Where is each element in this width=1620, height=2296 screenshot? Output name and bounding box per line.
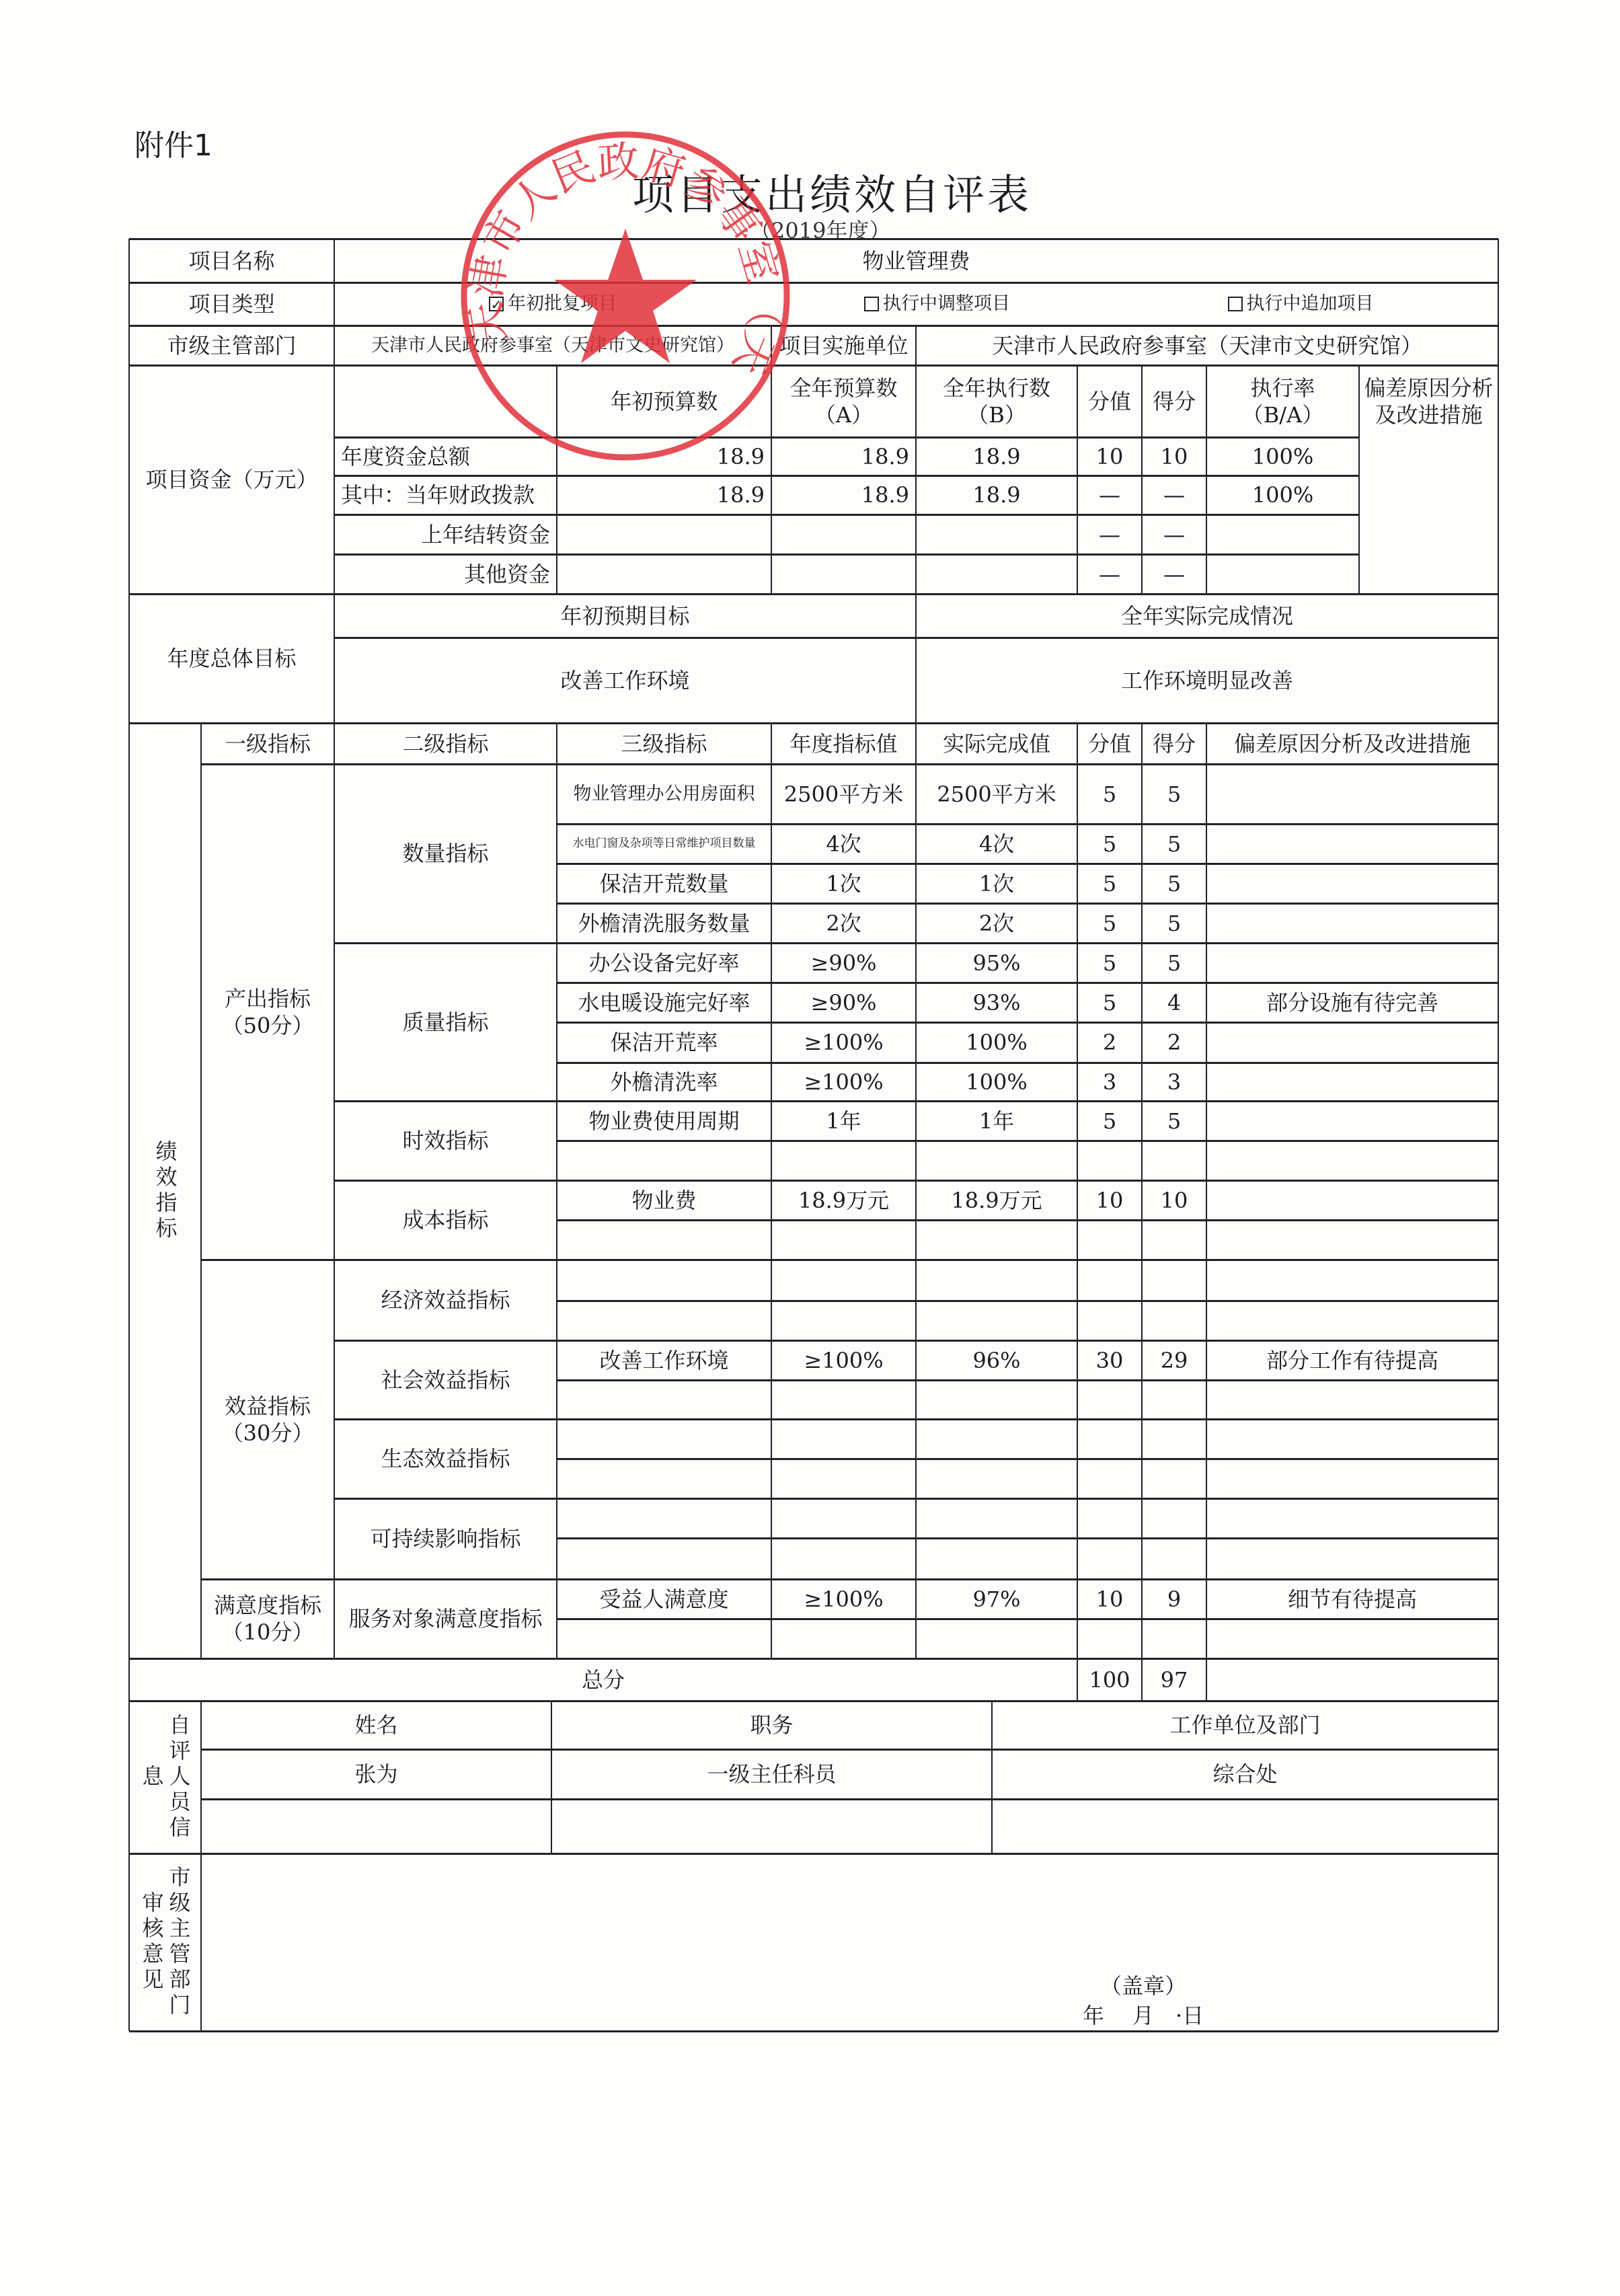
reviewer-name: 张为 [201,1749,551,1799]
indicator-target [771,1538,916,1579]
indicator-score-value [1077,1301,1142,1340]
indicator-actual [916,1459,1077,1498]
indicator-note [1206,1180,1498,1220]
table-rule [129,2030,1498,2032]
indicator-name: 物业管理办公用房面积 [557,764,771,824]
indicator-name [557,1419,771,1459]
funds-header: 得分 [1142,365,1206,437]
indicator-actual: 4次 [916,824,1077,864]
indicator-level2: 数量指标 [334,764,557,943]
indicator-score-value: 5 [1077,983,1142,1022]
indicator-level2: 可持续影响指标 [334,1498,557,1579]
indicator-level2: 质量指标 [334,943,557,1101]
reviewer-section-label: 自评人员信息 [129,1701,201,1853]
indicator-score: 29 [1142,1340,1206,1380]
indicator-level2: 成本指标 [334,1180,557,1260]
indicator-name [557,1619,771,1658]
project-type-label-text: 执行中调整项目 [883,293,1010,315]
indicator-note [1206,1498,1498,1538]
checkbox-checked-icon[interactable]: ✓ [489,297,504,311]
indicator-name: 物业费 [557,1180,771,1220]
goals-expected-value: 改善工作环境 [334,638,916,723]
indicator-note [1206,1260,1498,1301]
approval-date: 年 月 ·日 [1009,2001,1278,2030]
indicator-target: 1次 [771,864,916,903]
indicator-score: 10 [1142,1180,1206,1220]
indicator-target [771,1141,916,1180]
indicator-name: 保洁开荒率 [557,1022,771,1063]
indicator-header: 分值 [1077,723,1142,764]
total-label: 总分 [129,1658,1077,1701]
indicator-name: 物业费使用周期 [557,1101,771,1141]
indicator-header: 实际完成值 [916,723,1077,764]
indicator-header: 三级指标 [557,723,771,764]
indicator-name: 外檐清洗服务数量 [557,903,771,943]
indicator-score-value: 5 [1077,943,1142,983]
reviewer-position: 一级主任科员 [551,1749,992,1799]
indicator-level2: 经济效益指标 [334,1260,557,1340]
goals-section-label: 年度总体目标 [129,594,334,723]
funds-header: 偏差原因分析 及改进措施 [1359,365,1498,437]
page-title: 项目支出绩效自评表 [632,161,1032,221]
indicator-note [1206,1141,1498,1180]
indicator-actual: 100% [916,1063,1077,1101]
indicator-target: ≥100% [771,1063,916,1101]
indicator-score-value: 5 [1077,903,1142,943]
indicator-target [771,1619,916,1658]
indicator-target: ≥100% [771,1340,916,1380]
indicator-target: 2500平方米 [771,764,916,824]
funds-score-value: — [1077,554,1142,594]
indicator-name: 保洁开荒数量 [557,864,771,903]
indicator-score-value: 3 [1077,1063,1142,1101]
indicator-name [557,1380,771,1419]
indicator-actual: 95% [916,943,1077,983]
funds-header: 执行率 （B/A） [1206,365,1359,437]
indicator-name [557,1260,771,1301]
indicator-score: 5 [1142,764,1206,824]
indicator-name: 改善工作环境 [557,1340,771,1380]
indicator-actual: 2次 [916,903,1077,943]
indicator-score [1142,1220,1206,1260]
total-score: 97 [1142,1658,1206,1701]
indicator-level2: 生态效益指标 [334,1419,557,1498]
indicator-actual [916,1619,1077,1658]
funds-rate [1206,554,1359,594]
indicator-level2: 时效指标 [334,1101,557,1180]
indicator-actual: 2500平方米 [916,764,1077,824]
indicator-score-value [1077,1419,1142,1459]
funds-score: — [1142,475,1206,514]
indicator-score-value: 10 [1077,1579,1142,1619]
funds-header: 分值 [1077,365,1142,437]
goals-expected-header: 年初预期目标 [334,594,916,638]
project-name-label: 项目名称 [129,239,334,282]
indicator-score [1142,1260,1206,1301]
indicator-score-value [1077,1380,1142,1419]
indicator-actual [916,1260,1077,1301]
dept-label: 市级主管部门 [129,326,334,365]
indicator-level1: 效益指标 （30分） [201,1260,334,1579]
indicator-name [557,1220,771,1260]
indicator-actual [916,1538,1077,1579]
project-name-value: 物业管理费 [334,239,1498,282]
indicator-note [1206,903,1498,943]
project-type-label-text: 执行中追加项目 [1247,293,1374,315]
funds-header: 年初预算数 [557,365,771,437]
funds-score: — [1142,554,1206,594]
indicator-score-value: 10 [1077,1180,1142,1220]
reviewer-header: 姓名 [201,1701,551,1749]
funds-rate: 100% [1206,437,1359,475]
indicator-name: 受益人满意度 [557,1579,771,1619]
checkbox-empty-icon[interactable] [864,297,879,311]
funds-exec: 18.9 [916,437,1077,475]
reviewer-header: 工作单位及部门 [992,1701,1498,1749]
indicator-score-value: 5 [1077,1101,1142,1141]
indicator-note [1206,824,1498,864]
indicator-note: 细节有待提高 [1206,1579,1498,1619]
impl-label: 项目实施单位 [771,326,916,365]
indicator-target: ≥100% [771,1022,916,1063]
indicator-target: ≥90% [771,943,916,983]
indicator-score: 9 [1142,1579,1206,1619]
indicator-actual [916,1380,1077,1419]
funds-initial: 18.9 [557,475,771,514]
indicator-score-value: 30 [1077,1340,1142,1380]
funds-score-value: — [1077,514,1142,554]
indicator-score: 5 [1142,864,1206,903]
total-score-value: 100 [1077,1658,1142,1701]
indicator-score [1142,1459,1206,1498]
indicator-level2: 社会效益指标 [334,1340,557,1419]
reviewer-header: 职务 [551,1701,992,1749]
funds-section-label: 项目资金（万元） [129,365,334,594]
indicator-name: 水电暖设施完好率 [557,983,771,1022]
funds-exec: 18.9 [916,475,1077,514]
dept-value: 天津市人民政府参事室（天津市文史研究馆） [334,326,771,365]
funds-budget [771,554,916,594]
approval-seal: （盖章） [1009,1970,1278,2001]
funds-score: — [1142,514,1206,554]
goals-actual-value: 工作环境明显改善 [916,638,1498,723]
indicator-actual [916,1141,1077,1180]
indicator-score-value: 5 [1077,864,1142,903]
indicator-target: 18.9万元 [771,1180,916,1220]
indicator-score-value [1077,1538,1142,1579]
funds-initial [557,514,771,554]
funds-row-label: 上年结转资金 [334,514,557,554]
funds-header: 全年预算数 （A） [771,365,916,437]
indicator-note [1206,1022,1498,1063]
indicator-note [1206,764,1498,824]
indicator-score [1142,1498,1206,1538]
funds-note [1359,437,1498,594]
indicator-actual [916,1498,1077,1538]
funds-row-label: 年度资金总额 [334,437,557,475]
funds-budget: 18.9 [771,437,916,475]
project-type-option-2[interactable]: 执行中调整项目 [771,282,1103,326]
indicator-score: 5 [1142,1101,1206,1141]
indicator-score: 2 [1142,1022,1206,1063]
indicator-score-value: 5 [1077,764,1142,824]
indicator-header: 二级指标 [334,723,557,764]
indicator-actual: 1年 [916,1101,1077,1141]
indicator-header: 一级指标 [201,723,334,764]
funds-rate [1206,514,1359,554]
indicator-note [1206,943,1498,983]
indicator-actual: 96% [916,1340,1077,1380]
indicator-note [1206,1619,1498,1658]
indicator-actual: 1次 [916,864,1077,903]
indicator-actual: 93% [916,983,1077,1022]
indicator-score [1142,1619,1206,1658]
indicator-note [1206,1101,1498,1141]
project-type-option-3[interactable]: 执行中追加项目 [1103,282,1498,326]
funds-rate: 100% [1206,475,1359,514]
indicator-score: 5 [1142,903,1206,943]
indicator-level2: 服务对象满意度指标 [334,1579,557,1658]
indicator-target [771,1260,916,1301]
goals-actual-header: 全年实际完成情况 [916,594,1498,638]
indicator-note [1206,1538,1498,1579]
project-type-option-1[interactable]: ✓年初批复项目 [334,282,771,326]
indicator-note [1206,1301,1498,1340]
indicator-level1: 满意度指标 （10分） [201,1579,334,1658]
indicator-score-value [1077,1260,1142,1301]
indicator-score: 3 [1142,1063,1206,1101]
project-type-label-text: 年初批复项目 [508,293,617,315]
indicator-score-value [1077,1498,1142,1538]
indicator-note [1206,1419,1498,1459]
indicator-actual: 100% [916,1022,1077,1063]
indicator-score-value [1077,1619,1142,1658]
indicator-header: 得分 [1142,723,1206,764]
indicator-target [771,1459,916,1498]
indicator-target [771,1301,916,1340]
indicator-target: 2次 [771,903,916,943]
indicator-name: 办公设备完好率 [557,943,771,983]
funds-initial: 18.9 [557,437,771,475]
indicator-score-value [1077,1220,1142,1260]
funds-score-value: 10 [1077,437,1142,475]
indicator-header: 偏差原因分析及改进措施 [1206,723,1498,764]
indicator-score-value [1077,1459,1142,1498]
indicator-score-value: 5 [1077,824,1142,864]
indicator-target: ≥100% [771,1579,916,1619]
indicator-score [1142,1301,1206,1340]
indicator-note [1206,864,1498,903]
indicator-actual [916,1419,1077,1459]
indicator-note: 部分工作有待提高 [1206,1340,1498,1380]
funds-exec [916,514,1077,554]
impl-value: 天津市人民政府参事室（天津市文史研究馆） [916,326,1498,365]
indicator-target: 1年 [771,1101,916,1141]
checkbox-empty-icon[interactable] [1228,297,1243,311]
table-rule [129,1853,1498,1855]
indicator-header: 年度指标值 [771,723,916,764]
funds-budget: 18.9 [771,475,916,514]
funds-score: 10 [1142,437,1206,475]
indicator-target [771,1498,916,1538]
funds-initial [557,554,771,594]
indicators-section-label: 绩效指标 [129,723,201,1658]
indicator-name [557,1141,771,1180]
indicator-target [771,1380,916,1419]
indicator-name [557,1459,771,1498]
indicator-score-value: 2 [1077,1022,1142,1063]
indicator-score: 5 [1142,943,1206,983]
funds-header: 全年执行数 （B） [916,365,1077,437]
indicator-score-value [1077,1141,1142,1180]
indicator-score: 4 [1142,983,1206,1022]
indicator-target [771,1220,916,1260]
funds-exec [916,554,1077,594]
indicator-target [771,1419,916,1459]
indicator-note [1206,1459,1498,1498]
indicator-actual [916,1220,1077,1260]
indicator-actual [916,1301,1077,1340]
indicator-name [557,1498,771,1538]
reviewer-unit: 综合处 [992,1749,1498,1799]
indicator-score [1142,1538,1206,1579]
indicator-note [1206,1220,1498,1260]
funds-budget [771,514,916,554]
indicator-target: ≥90% [771,983,916,1022]
indicator-name: 外檐清洗率 [557,1063,771,1101]
indicator-score [1142,1380,1206,1419]
funds-row-label: 其中：当年财政拨款 [334,475,557,514]
indicator-name [557,1538,771,1579]
indicator-actual: 97% [916,1579,1077,1619]
funds-row-label: 其他资金 [334,554,557,594]
indicator-score [1142,1141,1206,1180]
project-type-label: 项目类型 [129,282,334,326]
funds-header-blank [334,365,557,437]
indicator-name: 水电门窗及杂项等日常维护项目数量 [557,824,771,864]
indicator-actual: 18.9万元 [916,1180,1077,1220]
indicator-name [557,1301,771,1340]
indicator-note: 部分设施有待完善 [1206,983,1498,1022]
indicator-level1: 产出指标 （50分） [201,764,334,1260]
indicator-note [1206,1063,1498,1101]
indicator-target: 4次 [771,824,916,864]
attachment-label: 附件1 [134,121,213,164]
indicator-score: 5 [1142,824,1206,864]
indicator-note [1206,1380,1498,1419]
funds-score-value: — [1077,475,1142,514]
indicator-score [1142,1419,1206,1459]
approval-section-label: 市级主管部门审核意见 [129,1853,201,2031]
